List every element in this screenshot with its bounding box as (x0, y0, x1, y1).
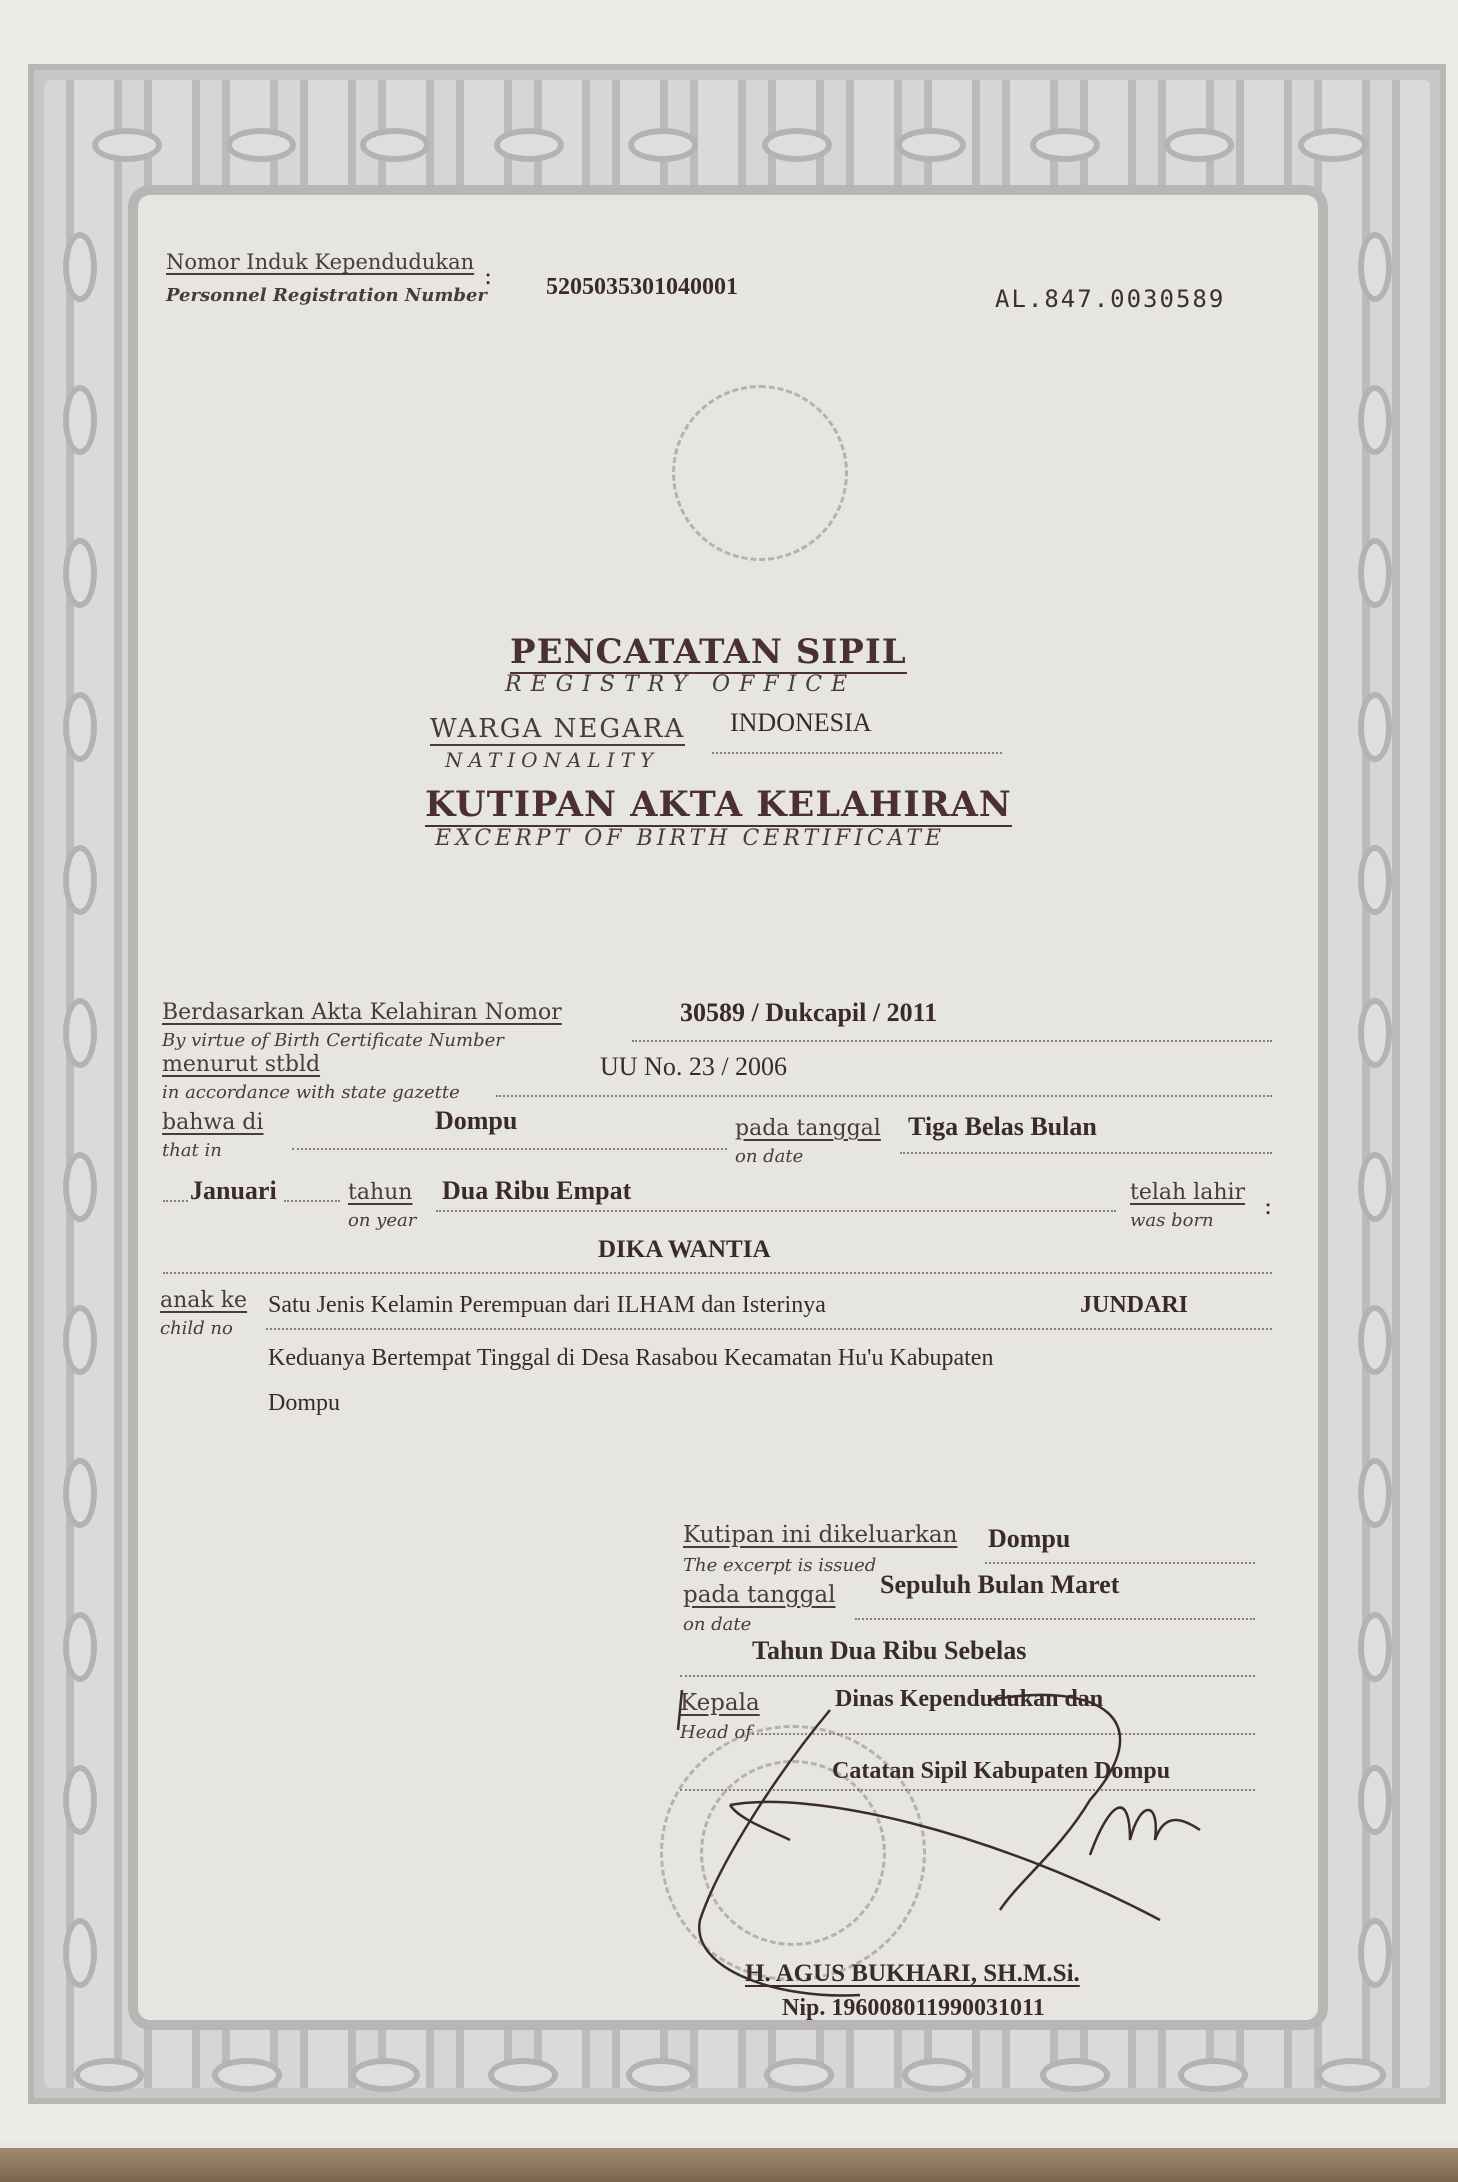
ornament-icon (1358, 232, 1392, 302)
nik-label: Nomor Induk Kependudukan (166, 250, 474, 274)
border-ornaments-bottom (40, 2050, 1420, 2100)
certificate-number-value: 30589 / Dukcapil / 2011 (680, 998, 937, 1028)
ornament-icon (63, 845, 97, 915)
ornament-icon (63, 692, 97, 762)
ornament-icon (1178, 2058, 1248, 2092)
ornament-icon (1358, 1305, 1392, 1375)
mother-name: JUNDARI (1080, 1292, 1188, 1319)
serial-number: AL.847.0030589 (995, 285, 1225, 313)
ornament-icon (360, 128, 430, 162)
dotted-line (292, 1148, 727, 1150)
year-label-en: on year (348, 1210, 416, 1231)
dotted-line (900, 1152, 1272, 1154)
certificate-number-label-en: By virtue of Birth Certificate Number (162, 1030, 504, 1051)
issued-date-value: Sepuluh Bulan Maret (880, 1570, 1119, 1600)
ornament-icon (1358, 1152, 1392, 1222)
border-ornaments-right (1350, 190, 1400, 2030)
year-value: Dua Ribu Empat (442, 1176, 631, 1206)
ornament-icon (902, 2058, 972, 2092)
ornament-icon (764, 2058, 834, 2092)
ornament-icon (63, 385, 97, 455)
nik-separator: : (484, 262, 492, 290)
ornament-icon (92, 128, 162, 162)
ornament-icon (212, 2058, 282, 2092)
dotted-line (436, 1210, 1116, 1212)
year-label: tahun (348, 1180, 412, 1205)
born-label-en: was born (1130, 1210, 1214, 1231)
table-surface (0, 2148, 1458, 2182)
office-title: PENCATATAN SIPIL (510, 632, 907, 674)
ornament-icon (1358, 1765, 1392, 1835)
date-value: Tiga Belas Bulan (908, 1112, 1097, 1142)
office-title-en: REGISTRY OFFICE (505, 672, 856, 697)
place-label-en: that in (162, 1140, 222, 1161)
nationality-value: INDONESIA (730, 708, 872, 738)
child-no-label: anak ke (160, 1288, 247, 1313)
ornament-icon (1358, 1458, 1392, 1528)
ornament-icon (1316, 2058, 1386, 2092)
ornament-icon (896, 128, 966, 162)
nik-label-en: Personnel Registration Number (166, 285, 487, 306)
ornament-icon (350, 2058, 420, 2092)
nik-value: 5205035301040001 (546, 274, 738, 301)
born-label: telah lahir (1130, 1180, 1245, 1205)
ornament-icon (74, 2058, 144, 2092)
ornament-icon (1030, 128, 1100, 162)
ornament-icon (63, 538, 97, 608)
ornament-icon (226, 128, 296, 162)
certificate-number-label: Berdasarkan Akta Kelahiran Nomor (162, 1000, 562, 1025)
ornament-icon (1358, 538, 1392, 608)
ornament-icon (1358, 1612, 1392, 1682)
nationality-label-en: NATIONALITY (445, 748, 659, 772)
issued-year-value: Tahun Dua Ribu Sebelas (752, 1636, 1026, 1666)
dotted-line (985, 1562, 1255, 1564)
residence-line-1: Keduanya Bertempat Tinggal di Desa Rasab… (268, 1345, 993, 1372)
dotted-line (496, 1095, 1272, 1097)
ornament-icon (1164, 128, 1234, 162)
child-name: DIKA WANTIA (598, 1236, 771, 1264)
ornament-icon (628, 128, 698, 162)
gazette-label: menurut stbld (162, 1052, 320, 1077)
ornament-icon (63, 232, 97, 302)
ornament-icon (1358, 1918, 1392, 1988)
ornament-icon (626, 2058, 696, 2092)
ornament-icon (1040, 2058, 1110, 2092)
ornament-icon (63, 998, 97, 1068)
dotted-line (163, 1272, 1272, 1274)
ornament-icon (1358, 385, 1392, 455)
ornament-icon (1298, 128, 1368, 162)
official-name: H. AGUS BUKHARI, SH.M.Si. (745, 1960, 1080, 1988)
issued-place: Dompu (988, 1524, 1070, 1554)
ornament-icon (63, 1765, 97, 1835)
official-nip: Nip. 196008011990031011 (782, 1995, 1045, 2022)
issued-label: Kutipan ini dikeluarkan (683, 1522, 957, 1548)
ornament-icon (1358, 692, 1392, 762)
dotted-line (855, 1618, 1255, 1620)
ornament-icon (1358, 845, 1392, 915)
ornament-icon (63, 1305, 97, 1375)
date-label: pada tanggal (735, 1116, 881, 1141)
residence-line-2: Dompu (268, 1390, 340, 1417)
dotted-line (680, 1675, 1255, 1677)
nationality-label: WARGA NEGARA (430, 714, 685, 746)
ornament-icon (63, 1918, 97, 1988)
issued-label-en: The excerpt is issued (683, 1555, 876, 1576)
document-title: KUTIPAN AKTA KELAHIRAN (425, 784, 1012, 827)
border-ornaments-top (60, 120, 1400, 170)
document-title-en: EXCERPT OF BIRTH CERTIFICATE (435, 826, 945, 851)
child-no-label-en: child no (160, 1318, 233, 1339)
ornament-icon (488, 2058, 558, 2092)
ornament-icon (63, 1152, 97, 1222)
place-value: Dompu (435, 1106, 517, 1136)
ornament-icon (1358, 998, 1392, 1068)
dotted-line (163, 1200, 188, 1202)
gazette-value: UU No. 23 / 2006 (600, 1052, 787, 1082)
dotted-line (284, 1200, 340, 1202)
date-label-en: on date (735, 1146, 803, 1167)
born-separator: : (1264, 1192, 1272, 1220)
place-label: bahwa di (162, 1110, 263, 1135)
embossed-seal (672, 385, 848, 561)
issued-date-label-en: on date (683, 1614, 751, 1635)
issued-date-label: pada tanggal (683, 1582, 835, 1608)
month-value: Januari (190, 1176, 277, 1206)
border-ornaments-left (55, 190, 105, 2030)
ornament-icon (762, 128, 832, 162)
gazette-label-en: in accordance with state gazette (162, 1082, 460, 1103)
dotted-line (632, 1040, 1272, 1042)
ornament-icon (63, 1612, 97, 1682)
ornament-icon (63, 1458, 97, 1528)
ornament-icon (494, 128, 564, 162)
dotted-line (712, 752, 1002, 754)
dotted-line (266, 1328, 1272, 1330)
child-details: Satu Jenis Kelamin Perempuan dari ILHAM … (268, 1292, 826, 1319)
